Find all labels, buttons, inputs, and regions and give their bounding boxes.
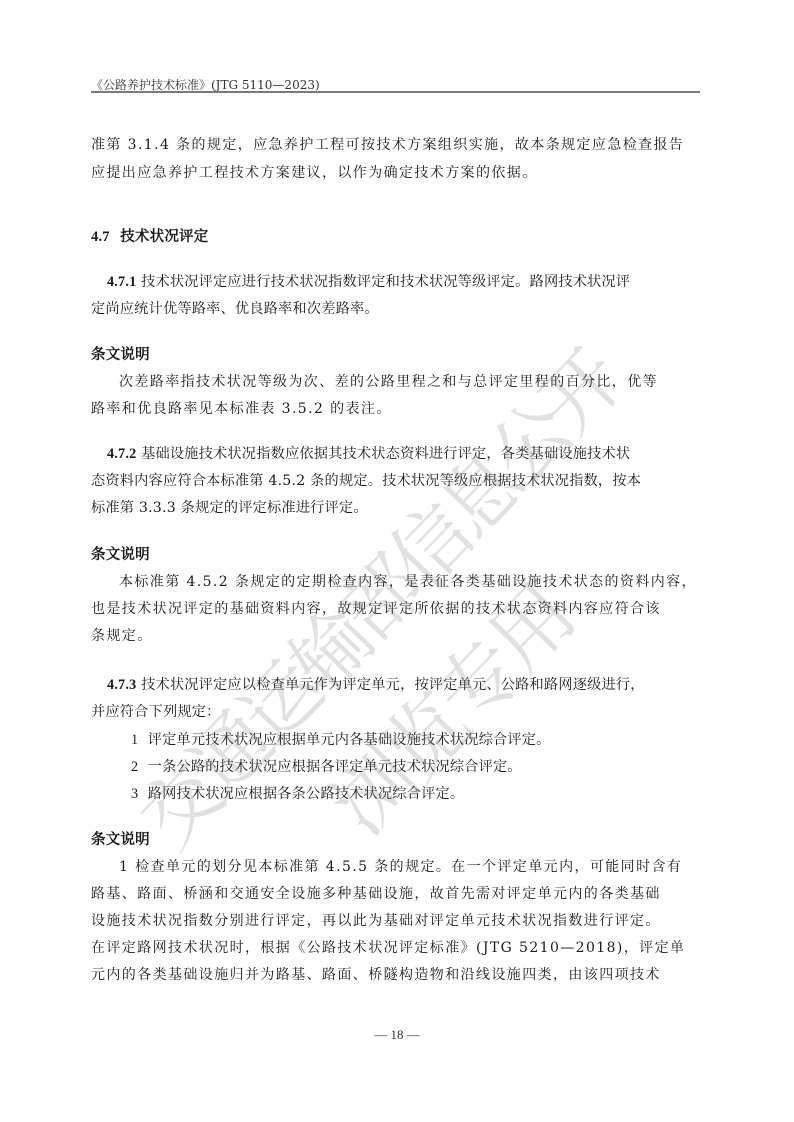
- clause-4-7-2-line: 标准第 3.3.3 条规定的评定标准进行评定。: [91, 498, 368, 518]
- explanation-title: 条文说明: [91, 545, 150, 565]
- page-number: — 18 —: [0, 1027, 794, 1043]
- explanation-line: 也是技术状况评定的基础资料内容，故规定评定所依据的技术状态资料内容应符合该: [91, 599, 661, 619]
- list-item-number: 1: [131, 732, 138, 748]
- clause-number: 4.7.1: [107, 274, 136, 290]
- clause-number: 4.7.3: [107, 677, 136, 693]
- list-item-number: 3: [131, 786, 138, 802]
- explanation-line: 元内的各类基础设施归并为路基、路面、桥隧构造物和沿线设施四类，由该四项技术: [91, 965, 661, 985]
- list-item-text: 路网技术状况应根据各条公路技术状况综合评定。: [148, 786, 465, 802]
- clause-number: 4.7.2: [107, 446, 136, 462]
- explanation-line: 路基、路面、桥涵和交通安全设施多种基础设施，故首先需对评定单元内的各类基础: [91, 884, 661, 904]
- explanation-line: 设施技术状况指数分别进行评定，再以此为基础对评定单元技术状况指数进行评定。: [91, 911, 661, 931]
- clause-4-7-3-line: 并应符合下列规定：: [91, 702, 221, 722]
- explanation-line: 路率和优良路率见本标准表 3.5.2 的表注。: [91, 399, 392, 419]
- explanation-line: 在评定路网技术状况时，根据《公路技术状况评定标准》(JTG 5210—2018)…: [91, 938, 685, 958]
- clause-4-7-2-line: 态资料内容应符合本标准第 4.5.2 条的规定。技术状况等级应根据技术状况指数，…: [91, 471, 641, 491]
- list-item: 3 路网技术状况应根据各条公路技术状况综合评定。: [131, 784, 464, 804]
- section-heading: 4.7 技术状况评定: [91, 227, 208, 247]
- clause-4-7-2-line: 4.7.2 基础设施技术状况指数应依据其技术状态资料进行评定，各类基础设施技术状: [107, 444, 630, 464]
- explanation-line: 次差路率指技术状况等级为次、差的公路里程之和与总评定里程的百分比，优等: [119, 372, 658, 392]
- clause-4-7-1-line: 4.7.1 技术状况评定应进行技术状况指数评定和技术状况等级评定。路网技术状况评: [107, 272, 630, 292]
- header-rule: [91, 91, 700, 93]
- clause-4-7-1-line: 定尚应统计优等路率、优良路率和次差路率。: [91, 299, 379, 319]
- list-item-text: 一条公路的技术状况应根据各评定单元技术状况综合评定。: [148, 759, 522, 775]
- explanation-line: 条规定。: [91, 626, 153, 646]
- section-number: 4.7: [91, 229, 110, 245]
- continuation-line: 应提出应急养护工程技术方案建议，以作为确定技术方案的依据。: [91, 163, 538, 183]
- explanation-line: 1 检查单元的划分见本标准第 4.5.5 条的规定。在一个评定单元内，可能同时含…: [119, 857, 682, 877]
- clause-4-7-3-line: 4.7.3 技术状况评定应以检查单元作为评定单元，按评定单元、公路和路网逐级进行…: [107, 675, 645, 695]
- list-item: 1 评定单元技术状况应根据单元内各基础设施技术状况综合评定。: [131, 730, 551, 750]
- section-title: 技术状况评定: [120, 229, 208, 245]
- explanation-line: 本标准第 4.5.2 条规定的定期检查内容，是表征各类基础设施技术状态的资料内容…: [119, 572, 697, 592]
- list-item-text: 评定单元技术状况应根据单元内各基础设施技术状况综合评定。: [148, 732, 551, 748]
- explanation-title: 条文说明: [91, 345, 150, 365]
- continuation-line: 准第 3.1.4 条的规定，应急养护工程可按技术方案组织实施，故本条规定应急检查…: [91, 135, 684, 155]
- list-item: 2 一条公路的技术状况应根据各评定单元技术状况综合评定。: [131, 757, 522, 777]
- list-item-number: 2: [131, 759, 138, 775]
- explanation-title: 条文说明: [91, 830, 150, 850]
